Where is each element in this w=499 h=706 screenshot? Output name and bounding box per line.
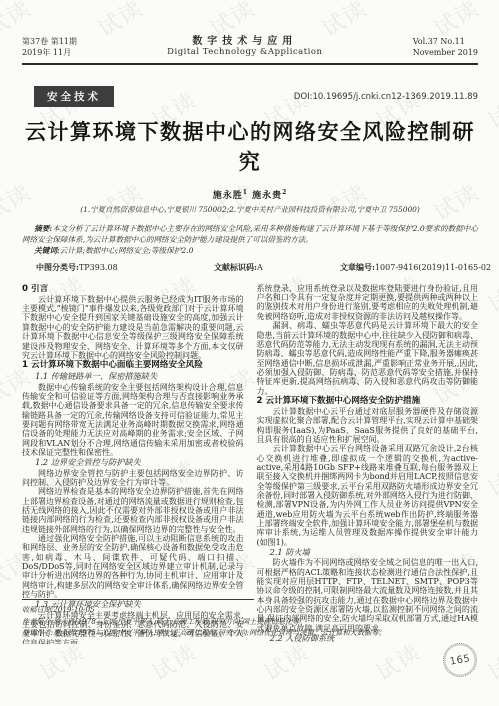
page-title: 云计算环境下数据中心的网络安全风险控制研究 (22, 116, 478, 176)
article-body: 0 引言 云计算环境下数据中心提供云服务已经成为IT服务市场的主要模式,“棱镜门… (22, 284, 478, 644)
authors-line: 施永胜1 施永贵2 (22, 188, 478, 201)
section-1-2-paragraph-2: 网络边界检查是基本的网络安全边界防护措施,首先在网络上部署边界检查设备,对通过的… (22, 487, 244, 534)
watermark-text: 试读 (481, 636, 499, 688)
keywords-paragraph: 关键词:云计算;数据中心;网络安全;等级保护2.0 (22, 246, 478, 257)
watermark-text: 试读 (481, 268, 499, 320)
received-date: 收稿日期:2019-10-05 (22, 604, 478, 616)
page-number-seal: 165 (440, 640, 479, 679)
affiliation-line: (1.宁夏自然资源信息中心,宁夏银川 750002;2.宁夏中关村产业园科技投资… (22, 204, 478, 215)
classification-row: 中图分类号:TP393.08 文献标识码:A 文章编号:1007-9416(20… (22, 262, 478, 275)
journal-name-en: Digital Technology &Application (167, 47, 322, 58)
watermark-text: 试读 (481, 452, 499, 504)
author-2: 施永贵 (252, 191, 282, 201)
abstract-text: 本文分析了云计算环境下数据中心主要存在的网络安全风险,采用多种措施构建了云计算环… (22, 224, 478, 244)
header-volume-issue: 第37卷 第11期 2019年 11月 (22, 36, 77, 58)
author-2-sup: 2 (282, 189, 287, 196)
badge-doi-row: 安全技术 DOI:10.19695/j.cnki.cn12-1369.2019.… (22, 86, 478, 107)
journal-page: 试读试读试读试读试读试读试读试读试读试读试读试读试读试读试读试读试读试读试读试读… (0, 0, 499, 706)
page-number: 165 (449, 653, 471, 667)
keywords-label: 关键词: (34, 246, 60, 255)
category-badge: 安全技术 (34, 86, 114, 107)
abstract-block: 摘要:本文分析了云计算环境下数据中心主要存在的网络安全风险,采用多种措施构建了云… (22, 224, 478, 275)
continuation-paragraph-1: 系统登录、应用系统登录以及数据库登陆要进行身份验证,且用户名和口令具有一定复杂度… (257, 284, 479, 321)
author-1-sup: 1 (243, 189, 248, 196)
journal-header: 第37卷 第11期 2019年 11月 数字技术与应用 Digital Tech… (22, 36, 478, 65)
header-volume-en: Vol.37 No.11 (413, 36, 478, 47)
section-0-heading: 0 引言 (22, 284, 244, 295)
journal-name-cn: 数字技术与应用 (167, 36, 322, 47)
section-2-heading: 2 云计算环境下数据中心网络安全防护措施 (257, 396, 479, 407)
abstract-paragraph: 摘要:本文分析了云计算环境下数据中心主要存在的网络安全风险,采用多种措施构建了云… (22, 224, 478, 245)
header-date-cn: 2019年 11月 (22, 47, 77, 58)
section-0-paragraph: 云计算环境下数据中心提供云服务已经成为IT服务市场的主要模式,“棱镜门”事件爆发… (22, 295, 244, 360)
keywords-text: 云计算;数据中心;网络安全;等级保护2.0 (60, 246, 194, 255)
section-2-paragraph-1: 云计算数据中心云平台通过对底层服务器硬件及存储资源实现虚拟化聚合部署,配合云计算… (257, 407, 479, 444)
watermark-text: 试读 (481, 84, 499, 136)
right-column: 系统登录、应用系统登录以及数据库登陆要进行身份验证,且用户名和口令具有一定复杂度… (257, 284, 479, 644)
section-2-1-heading: 2.1 防火墙 (257, 548, 479, 557)
footnote-rule (22, 599, 254, 600)
section-1-2-paragraph-3: 通过强化网络安全防护措施,可以主动阻断信息系统的攻击和网络层、业务层的安全防护,… (22, 534, 244, 599)
author-1: 施永胜 (213, 191, 243, 201)
section-1-2-paragraph-1: 网络边界安全管控与防护主要包括网络安全边界防护、访问控制、入侵防护及边界安全行为… (22, 469, 244, 488)
abstract-label: 摘要: (34, 224, 52, 233)
header-journal-name: 数字技术与应用 Digital Technology &Application (167, 36, 322, 58)
continuation-paragraph-2: 漏洞、病毒、蠕虫等恶意代码是云计算环境下最大的安全隐患,当前云计算环境的数据中心… (257, 321, 479, 396)
author-bio: 作者简介:施永胜(1978—),男,宁夏平罗人,硕士,高级工程师,研究方向:国土… (22, 616, 478, 628)
section-1-1-paragraph: 数据中心传输系统的安全主要包括网络架构设计合理,信息传输安全和可信验证等方面,网… (22, 383, 244, 458)
footnote-block: 收稿日期:2019-10-05 作者简介:施永胜(1978—),男,宁夏平罗人,… (22, 599, 478, 639)
document-code: 文献标识码:A (214, 262, 263, 274)
left-column: 0 引言 云计算环境下数据中心提供云服务已经成为IT服务市场的主要模式,“棱镜门… (22, 284, 244, 644)
header-date-en: November 2019 (413, 47, 478, 58)
section-1-1-heading: 1.1 传输链路单一、保密措施缺失 (22, 372, 244, 381)
section-1-heading: 1 云计算环境下数据中心面临主要网络安全风险 (22, 360, 244, 371)
section-1-2-heading: 1.2 边界安全管控与防护缺失 (22, 458, 244, 467)
article-id: 文章编号:1007-9416(2019)11-0165-02 (340, 262, 491, 274)
header-volume-issue-en: Vol.37 No.11 November 2019 (413, 36, 478, 58)
corresponding-author: 通讯作者:施永贵(1975—),男,宁夏平罗人,博士,正高级工程师,研究方向:网… (22, 627, 478, 639)
header-volume-cn: 第37卷 第11期 (22, 36, 77, 47)
section-2-paragraph-2: 云计算数据中心云平台网络设备采用双路冗余设计,2台核心交换机进行堆叠,即虚拟成一… (257, 444, 479, 547)
clc-number: 中图分类号:TP393.08 (36, 262, 118, 274)
doi-text: DOI:10.19695/j.cnki.cn12-1369.2019.11.89 (294, 92, 478, 102)
